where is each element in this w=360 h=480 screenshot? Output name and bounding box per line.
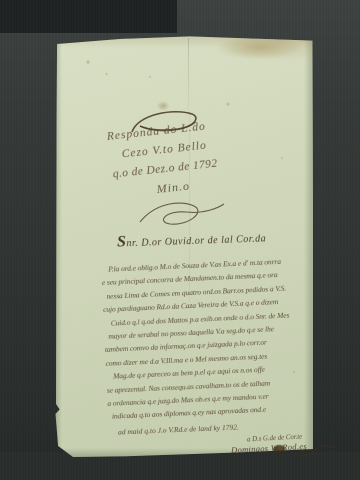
fold-crease [188,38,189,112]
background-left-band [0,0,56,480]
signature-rubric [298,441,338,459]
background-top-left-shadow [0,0,177,33]
rubric-flourish [136,200,228,230]
photograph-of-manuscript: Responda do L.doCezo V.to Belloq.o de De… [0,0,360,480]
archival-note: Responda do L.doCezo V.to Belloq.o de De… [106,117,220,204]
body-lines: P.la ord.e oblig.o M.o de Souza de V.as … [101,252,342,423]
